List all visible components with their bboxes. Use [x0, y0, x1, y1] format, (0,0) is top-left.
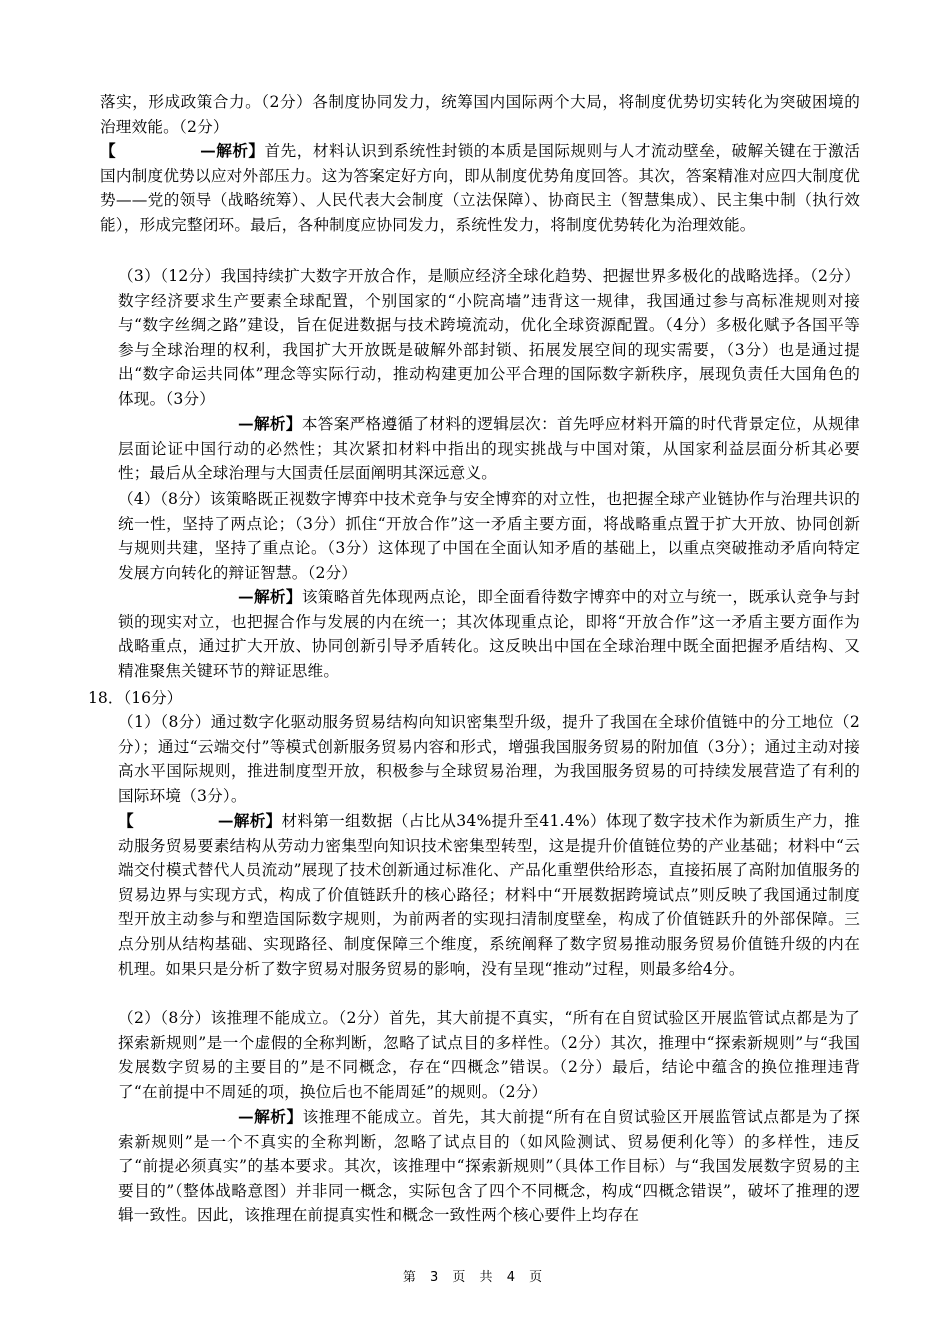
analysis-paragraph-q17-2: 【—解析】首先，材料认识到系统性封锁的本质是国际规则与人才流动壁垒，破解关键在于…	[100, 139, 860, 237]
analysis-paragraph-q17-4: —解析】该策略首先体现两点论，即全面看待数字博弈中的对立与统一，既承认竞争与封锁…	[118, 585, 860, 683]
analysis-label: —解析】	[200, 141, 264, 160]
question-18-header: 18．（16分）	[88, 686, 182, 711]
analysis-label: —解析】	[238, 414, 302, 433]
answer-paragraph-q18-2: （2）（8分）该推理不能成立。（2分）首先，其大前提不真实，“所有在自贸试验区开…	[118, 1006, 860, 1104]
page-number-footer: 第 3 页 共 4 页	[0, 1266, 950, 1285]
analysis-text: 该策略首先体现两点论，即全面看待数字博弈中的对立与统一，既承认竞争与封锁的现实对…	[118, 588, 860, 680]
analysis-paragraph-q17-3: —解析】本答案严格遵循了材料的逻辑层次：首先呼应材料开篇的时代背景定位，从规律层…	[118, 412, 860, 486]
analysis-label: —解析】	[218, 811, 282, 830]
answer-paragraph-q17-4: （4）（8分）该策略既正视数字博弈中技术竞争与安全博弈的对立性，也把握全球产业链…	[118, 487, 860, 585]
analysis-label: —解析】	[238, 1107, 303, 1126]
document-page: 落实，形成政策合力。（2分）各制度协同发力，统筹国内国际两个大局，将制度优势切实…	[0, 0, 950, 1344]
answer-continuation-paragraph: 落实，形成政策合力。（2分）各制度协同发力，统筹国内国际两个大局，将制度优势切实…	[100, 90, 860, 139]
analysis-label: —解析】	[238, 587, 302, 606]
answer-paragraph-q17-3: （3）（12分）我国持续扩大数字开放合作，是顺应经济全球化趋势、把握世界多极化的…	[118, 264, 860, 412]
analysis-bracket: 【	[118, 811, 134, 830]
analysis-text: 材料第一组数据（占比从34%提升至41.4%）体现了数字技术作为新质生产力，推动…	[118, 812, 860, 978]
analysis-text: 本答案严格遵循了材料的逻辑层次：首先呼应材料开篇的时代背景定位，从规律层面论证中…	[118, 415, 860, 482]
analysis-bracket: 【	[100, 141, 116, 160]
analysis-text: 该推理不能成立。首先，其大前提“所有在自贸试验区开展监管试点都是为了探索新规则”…	[118, 1108, 860, 1224]
analysis-paragraph-q18-1: 【—解析】材料第一组数据（占比从34%提升至41.4%）体现了数字技术作为新质生…	[118, 809, 860, 981]
answer-paragraph-q18-1: （1）（8分）通过数字化驱动服务贸易结构向知识密集型升级，提升了我国在全球价值链…	[118, 710, 860, 808]
analysis-paragraph-q18-2: —解析】该推理不能成立。首先，其大前提“所有在自贸试验区开展监管试点都是为了探索…	[118, 1105, 860, 1228]
